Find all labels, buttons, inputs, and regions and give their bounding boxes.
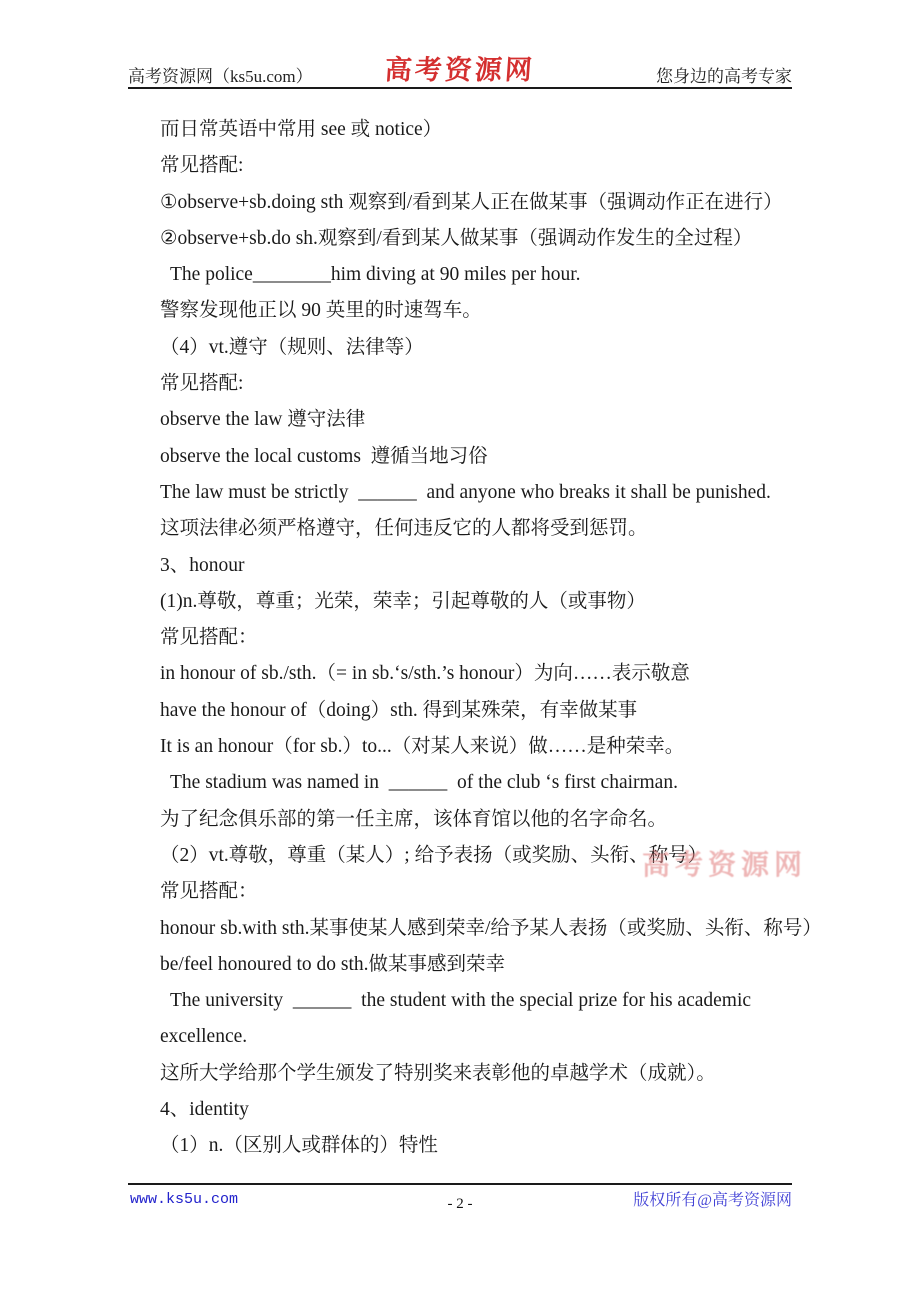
text-line-19: The stadium was named in ______ of the c…	[160, 765, 808, 801]
text-line-29: （1）n.（区别人或群体的）特性	[160, 1128, 808, 1164]
text-line-25: The university ______ the student with t…	[160, 983, 808, 1019]
text-line-27: 这所大学给那个学生颁发了特别奖来表彰他的卓越学术（成就）。	[160, 1056, 808, 1092]
text-line-16: in honour of sb./sth.（= in sb.‘s/sth.’s …	[160, 656, 808, 692]
text-line-8: 常见搭配:	[160, 366, 808, 402]
footer-divider	[128, 1183, 792, 1185]
text-line-13: 3、honour	[160, 548, 808, 584]
text-line-12: 这项法律必须严格遵守，任何违反它的人都将受到惩罚。	[160, 511, 808, 547]
text-line-28: 4、identity	[160, 1092, 808, 1128]
text-line-4: ②observe+sb.do sh.观察到/看到某人做某事（强调动作发生的全过程…	[160, 221, 808, 257]
text-line-9: observe the law 遵守法律	[160, 402, 808, 438]
text-line-26: excellence.	[160, 1019, 808, 1055]
header-divider	[128, 87, 792, 89]
text-line-14: (1)n.尊敬，尊重；光荣，荣幸；引起尊敬的人（或事物）	[160, 584, 808, 620]
text-line-15: 常见搭配：	[160, 620, 808, 656]
text-line-7: （4）vt.遵守（规则、法律等）	[160, 330, 808, 366]
text-line-1: 而日常英语中常用 see 或 notice）	[160, 112, 808, 148]
text-line-20: 为了纪念俱乐部的第一任主席，该体育馆以他的名字命名。	[160, 802, 808, 838]
text-line-22: 常见搭配：	[160, 874, 808, 910]
text-line-11: The law must be strictly ______ and anyo…	[160, 475, 808, 511]
text-line-21: （2）vt.尊敬，尊重（某人）; 给予表扬（或奖励、头衔、称号）	[160, 838, 808, 874]
text-line-24: be/feel honoured to do sth.做某事感到荣幸	[160, 947, 808, 983]
document-body: 而日常英语中常用 see 或 notice）常见搭配:①observe+sb.d…	[160, 112, 808, 1165]
text-line-18: It is an honour（for sb.）to...（对某人来说）做……是…	[160, 729, 808, 765]
text-line-2: 常见搭配:	[160, 148, 808, 184]
text-line-3: ①observe+sb.doing sth 观察到/看到某人正在做某事（强调动作…	[160, 185, 808, 221]
text-line-23: honour sb.with sth.某事使某人感到荣幸/给予某人表扬（或奖励、…	[160, 911, 808, 947]
text-line-6: 警察发现他正以 90 英里的时速驾车。	[160, 293, 808, 329]
text-line-10: observe the local customs 遵循当地习俗	[160, 439, 808, 475]
document-page: 高考资源网（ks5u.com） 高考资源网 您身边的高考专家 而日常英语中常用 …	[0, 0, 920, 1302]
text-line-17: have the honour of（doing）sth. 得到某殊荣，有幸做某…	[160, 693, 808, 729]
text-line-5: The police________him diving at 90 miles…	[160, 257, 808, 293]
header-slogan: 您身边的高考专家	[656, 62, 792, 87]
footer-copyright: 版权所有@高考资源网	[633, 1187, 792, 1210]
